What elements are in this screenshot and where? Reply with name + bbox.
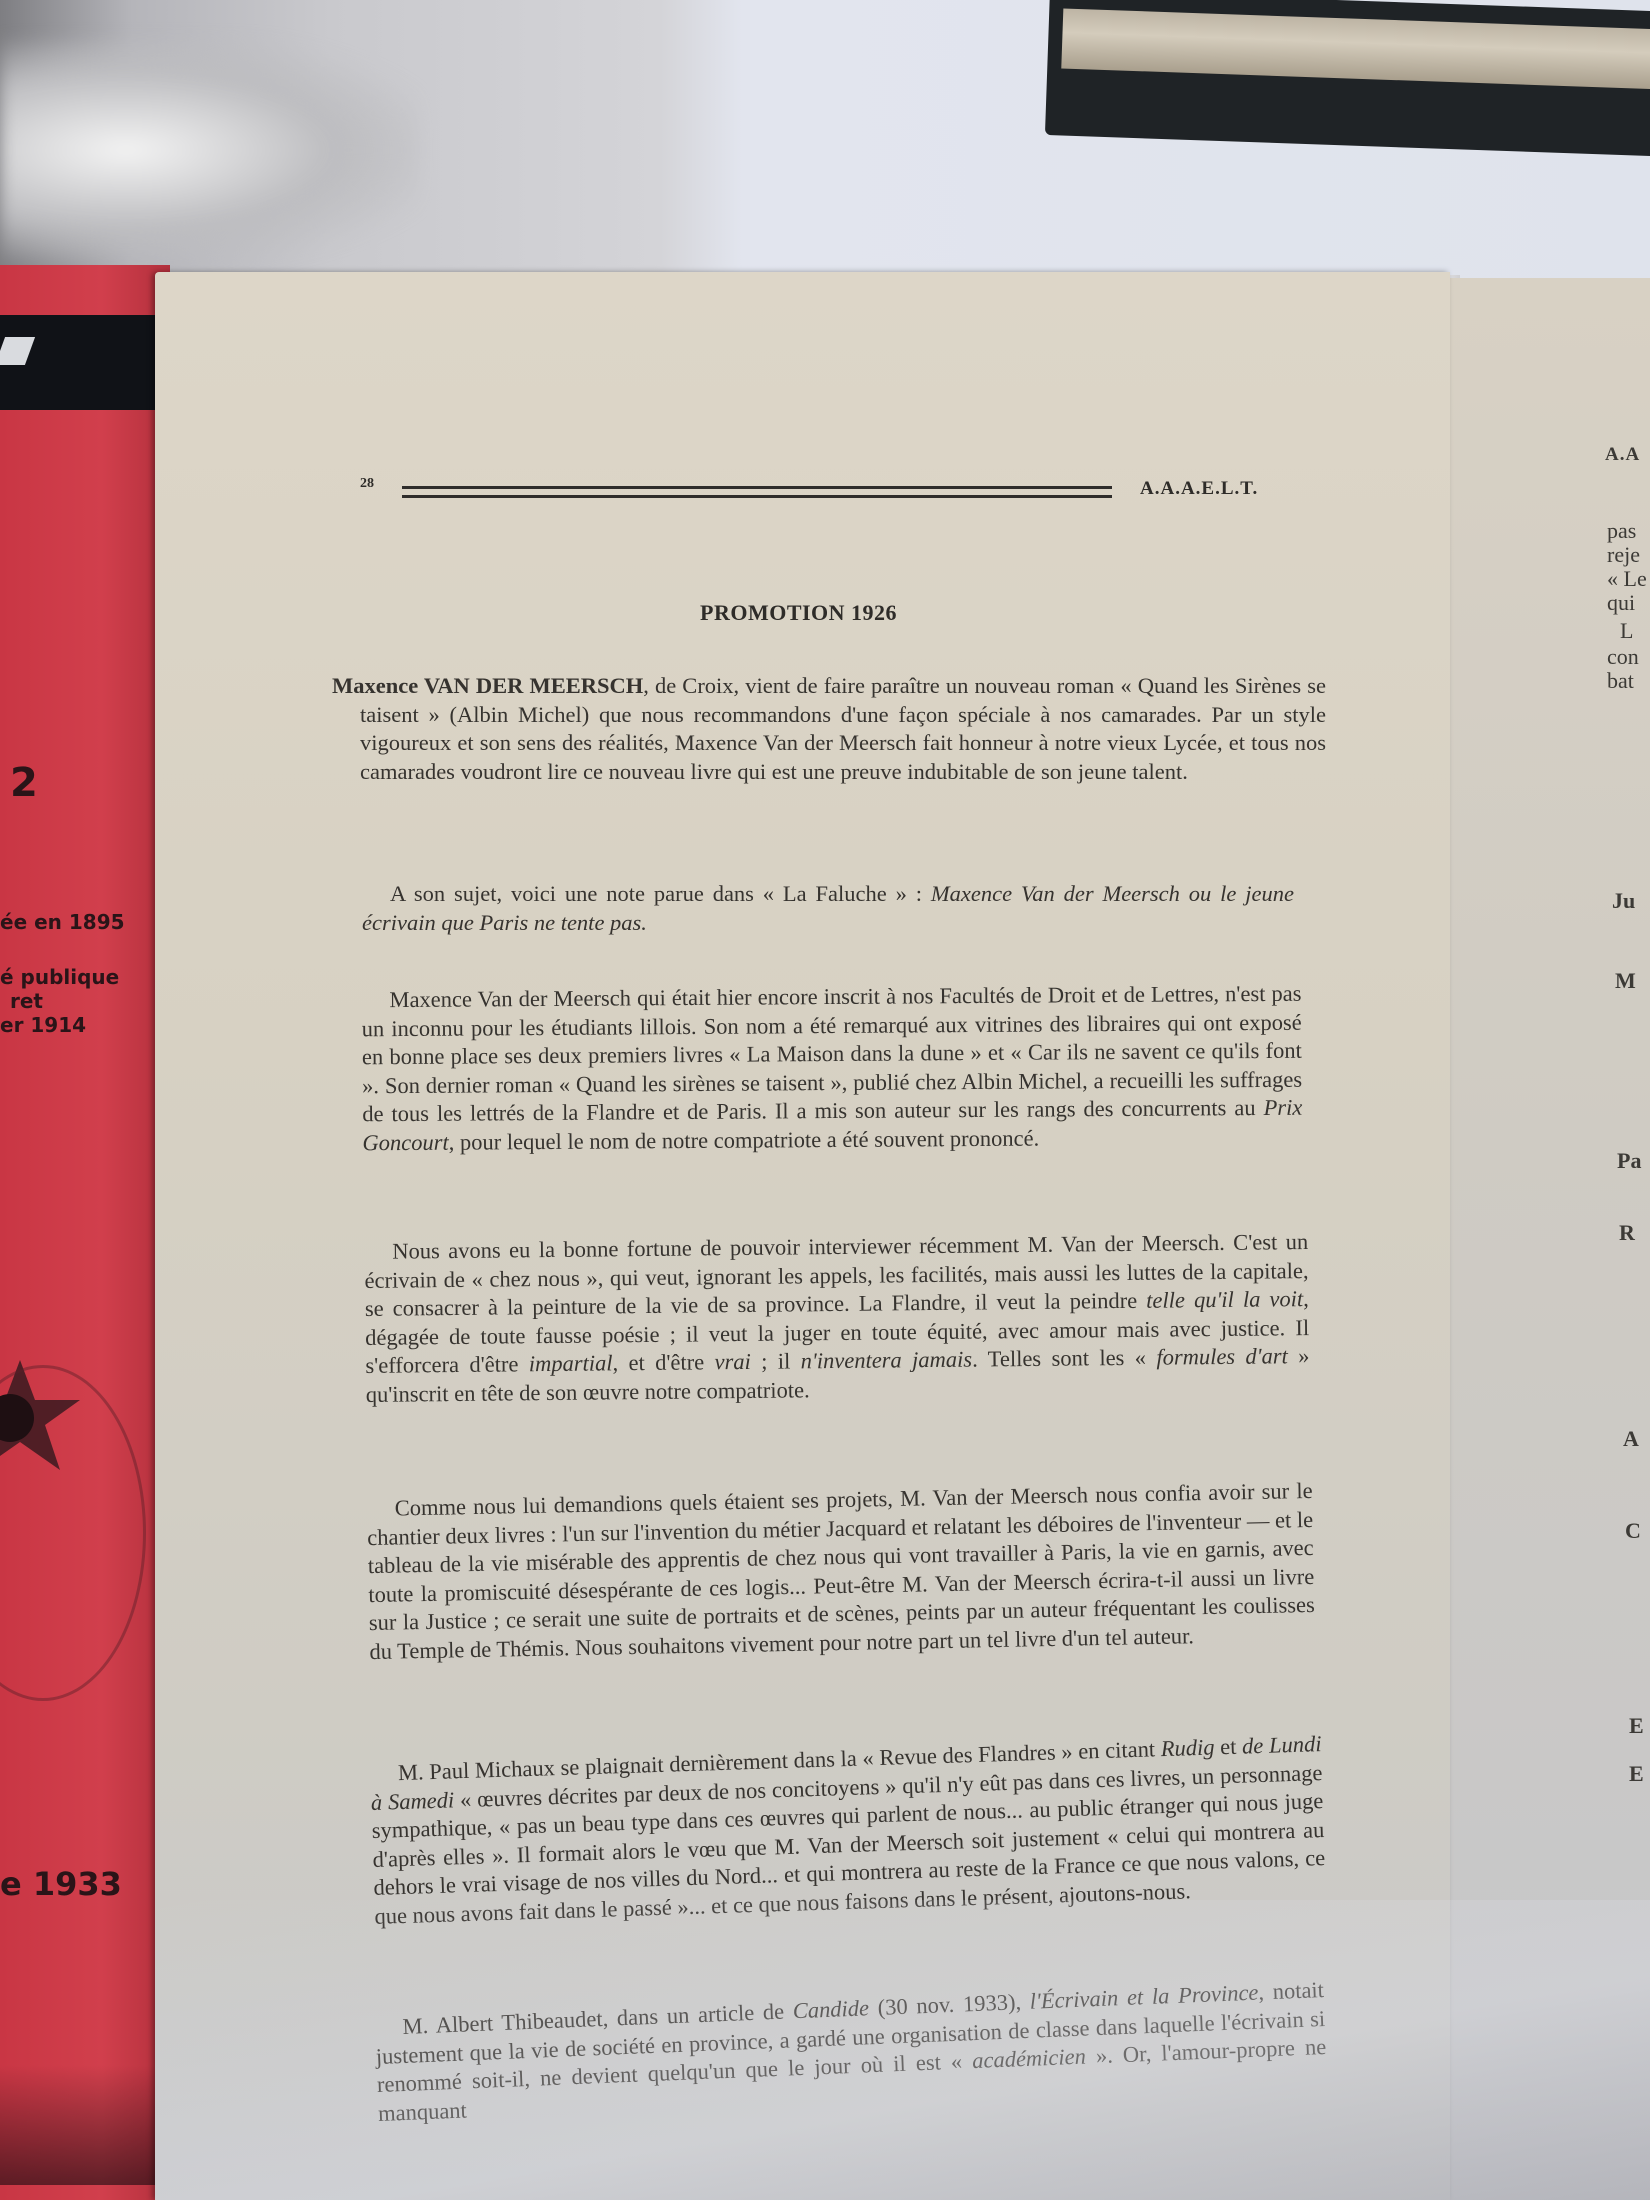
paragraph-interview: Nous avons eu la bonne fortune de pouvoi… — [364, 1228, 1310, 1409]
cover-line: ée en 1895 — [0, 910, 125, 934]
right-page-header: A.A — [1605, 444, 1640, 466]
stamp-circle — [0, 1365, 146, 1701]
paragraph-projects: Comme nous lui demandions quels étaient … — [366, 1477, 1315, 1666]
page-header: 28 A.A.A.E.L.T. — [360, 476, 1290, 506]
frame-edge — [1061, 8, 1650, 89]
section-title: PROMOTION 1926 — [700, 600, 897, 626]
background-blur — [0, 40, 420, 260]
cover-line: er 1914 — [0, 1013, 86, 1037]
paragraph-announcement: Maxence VAN DER MEERSCH, de Croix, vient… — [332, 672, 1326, 786]
right-page: A.A pas reje « Le qui L con bat Ju M Pa … — [1445, 278, 1650, 2200]
cover-year: e 1933 — [0, 1865, 122, 1903]
cover-number: 2 — [10, 760, 38, 806]
paragraph-falucha-note: A son sujet, voici une note parue dans «… — [362, 880, 1294, 937]
journal-name: A.A.A.E.L.T. — [1140, 478, 1258, 500]
cover-line: ret — [10, 989, 43, 1013]
header-rule — [402, 486, 1112, 489]
cover-black-band — [0, 315, 170, 410]
page-number: 28 — [360, 476, 374, 492]
cover-line: é publique — [0, 965, 119, 989]
header-rule — [402, 495, 1112, 498]
background-frame — [1045, 0, 1650, 157]
paragraph-michaux: M. Paul Michaux se plaignait dernièremen… — [370, 1730, 1327, 1931]
paragraph-biography: Maxence Van der Meersch qui était hier e… — [361, 980, 1302, 1158]
red-booklet-cover: 2 ée en 1895 é publique ret er 1914 e 19… — [0, 265, 170, 2200]
author-name: Maxence VAN DER MEERSCH — [332, 673, 643, 698]
